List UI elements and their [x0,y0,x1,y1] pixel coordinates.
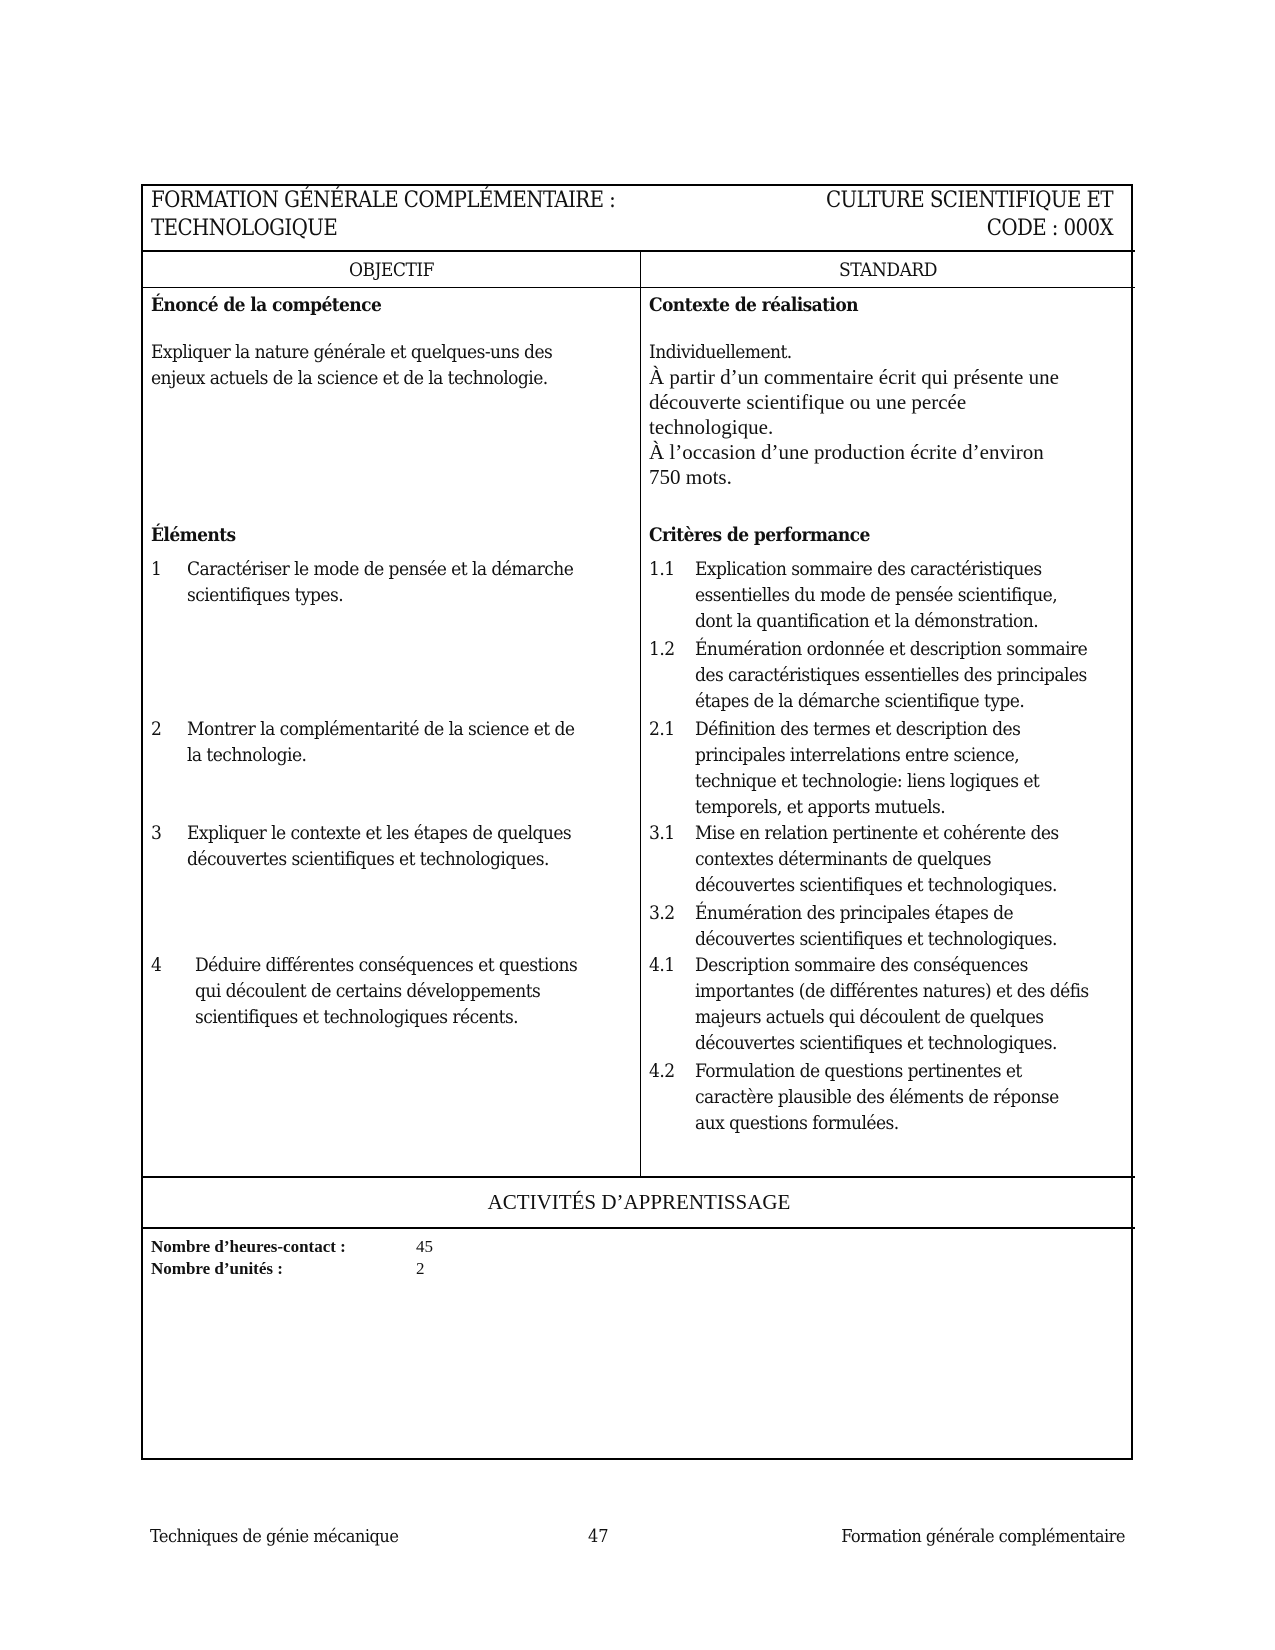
contexte-title: Contexte de réalisation [649,294,858,316]
heures-contact-label: Nombre d’heures-contact : [151,1236,346,1258]
element-text: Montrer la complémentarité de la science… [187,716,574,768]
element-number: 4 [151,952,161,978]
critere-item: 3.1 Mise en relation pertinente et cohér… [649,820,1133,898]
element-text: Caractériser le mode de pensée et la dém… [187,556,573,608]
footer-left: Techniques de génie mécanique [150,1526,398,1547]
critere-text: Description sommaire des conséquences im… [695,952,1089,1056]
element-item: 4 Déduire différentes conséquences et qu… [151,952,631,1032]
element-text: Déduire différentes conséquences et ques… [195,952,577,1030]
element-item: 1 Caractériser le mode de pensée et la d… [151,556,631,636]
sheet-title-block: FORMATION GÉNÉRALE COMPLÉMENTAIRE : CULT… [143,186,1135,252]
critere-item: 2.1 Définition des termes et description… [649,716,1133,820]
column-header-standard: STANDARD [641,252,1135,288]
criteres-title: Critères de performance [649,524,870,546]
element-number: 1 [151,556,161,582]
unites-label: Nombre d’unités : [151,1258,283,1280]
critere-item: 4.2 Formulation de questions pertinentes… [649,1058,1133,1136]
critere-item: 1.1 Explication sommaire des caractérist… [649,556,1133,634]
element-text: Expliquer le contexte et les étapes de q… [187,820,571,872]
heures-contact-value: 45 [416,1236,433,1258]
column-header-objectif: OBJECTIF [143,252,640,288]
enonce-title: Énoncé de la compétence [151,294,381,316]
enonce-text: Expliquer la nature générale et quelques… [151,340,552,391]
page-number: 47 [588,1526,609,1547]
critere-number: 2.1 [649,716,675,742]
enonce-line: enjeux actuels de la science et de la te… [151,366,552,392]
contexte-text: Individuellement. À partir d’un commenta… [649,340,1059,490]
competency-sheet: FORMATION GÉNÉRALE COMPLÉMENTAIRE : CULT… [141,184,1133,1460]
element-item: 3 Expliquer le contexte et les étapes de… [151,820,631,880]
column-divider [640,252,641,1176]
critere-number: 1.2 [649,636,675,662]
critere-number: 3.1 [649,820,675,846]
critere-number: 4.1 [649,952,675,978]
critere-text: Définition des termes et description des… [695,716,1039,820]
critere-number: 3.2 [649,900,675,926]
unites-value: 2 [416,1258,425,1280]
critere-text: Explication sommaire des caractéristique… [695,556,1057,634]
footer-right: Formation générale complémentaire [841,1526,1125,1547]
critere-item: 1.2 Énumération ordonnée et description … [649,636,1133,714]
element-item: 2 Montrer la complémentarité de la scien… [151,716,631,776]
course-code: CODE : 000X [987,216,1113,241]
critere-number: 4.2 [649,1058,675,1084]
title-line2-left: TECHNOLOGIQUE [151,216,337,241]
elements-title: Éléments [151,524,236,546]
critere-number: 1.1 [649,556,675,582]
critere-text: Énumération ordonnée et description somm… [695,636,1087,714]
critere-item: 4.1 Description sommaire des conséquence… [649,952,1133,1056]
course-hours-info: Nombre d’heures-contact : 45 Nombre d’un… [151,1236,651,1286]
title-line1-right: CULTURE SCIENTIFIQUE ET [826,188,1113,213]
element-number: 2 [151,716,161,742]
title-line1-left: FORMATION GÉNÉRALE COMPLÉMENTAIRE : [151,188,615,213]
critere-item: 3.2 Énumération des principales étapes d… [649,900,1133,952]
activites-header: ACTIVITÉS D’APPRENTISSAGE [143,1176,1135,1229]
element-number: 3 [151,820,161,846]
critere-text: Mise en relation pertinente et cohérente… [695,820,1059,898]
critere-text: Formulation de questions pertinentes et … [695,1058,1059,1136]
enonce-line: Expliquer la nature générale et quelques… [151,340,552,366]
critere-text: Énumération des principales étapes de dé… [695,900,1057,952]
